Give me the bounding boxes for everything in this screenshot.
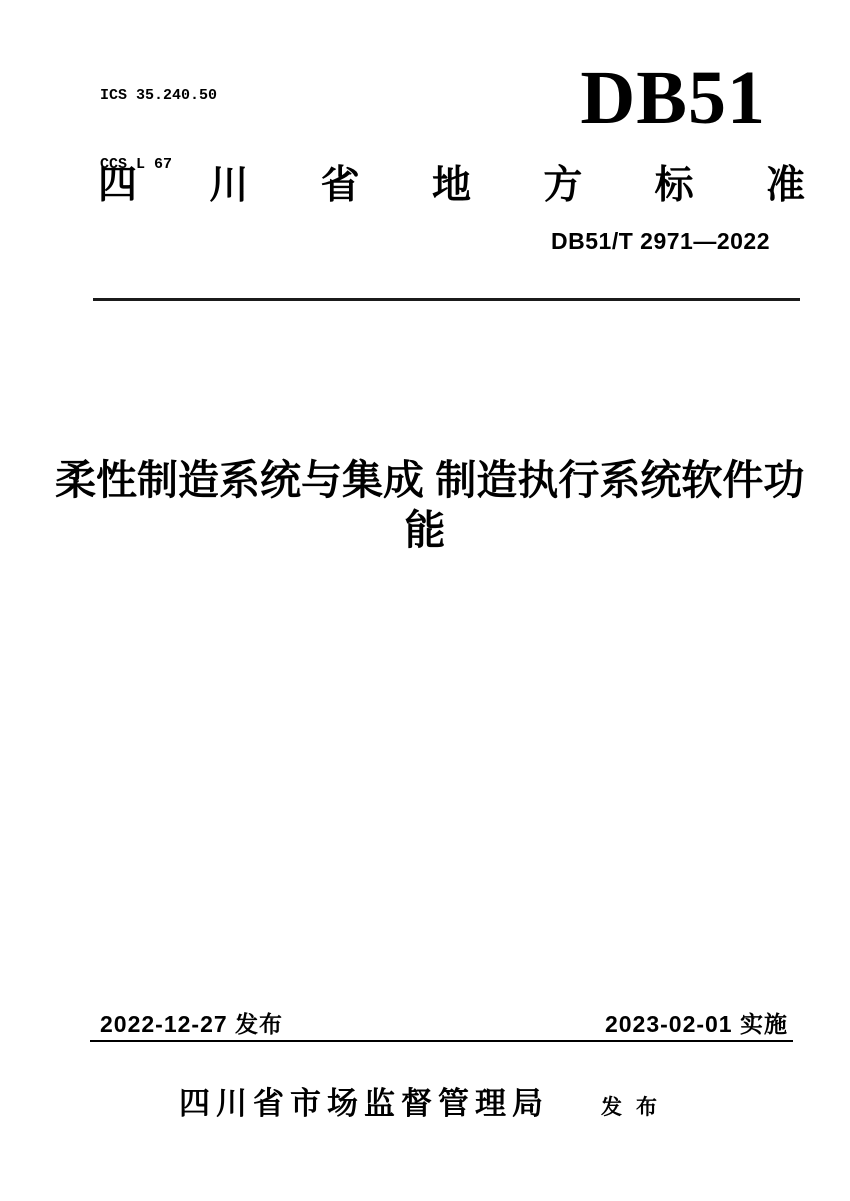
issue-date: 2022-12-27 发布 [100,1011,283,1038]
standard-number: DB51/T 2971—2022 [551,228,770,254]
document-title-line-1: 柔性制造系统与集成 制造执行系统软件功 [55,455,795,505]
footer-divider-line [90,1040,793,1042]
db51-logo: DB51 [580,58,766,138]
standard-cover-page: { "cover": { "ics_code": "ICS 35.240.50"… [0,0,850,1201]
publisher-row: 四川省市场监督管理局 发布 [0,1085,850,1123]
document-title: 柔性制造系统与集成 制造执行系统软件功 能 [55,455,795,555]
publish-label: 发布 [601,1093,671,1123]
standard-type-heading: 四川省地方标准 [98,163,805,209]
header-divider-line [93,298,800,301]
ics-code: ICS 35.240.50 [100,84,217,107]
issuing-authority: 四川省市场监督管理局 [179,1085,549,1123]
document-title-line-2: 能 [55,505,795,555]
dates-row: 2022-12-27 发布 2023-02-01 实施 [100,1011,788,1038]
implementation-date: 2023-02-01 实施 [605,1011,788,1038]
